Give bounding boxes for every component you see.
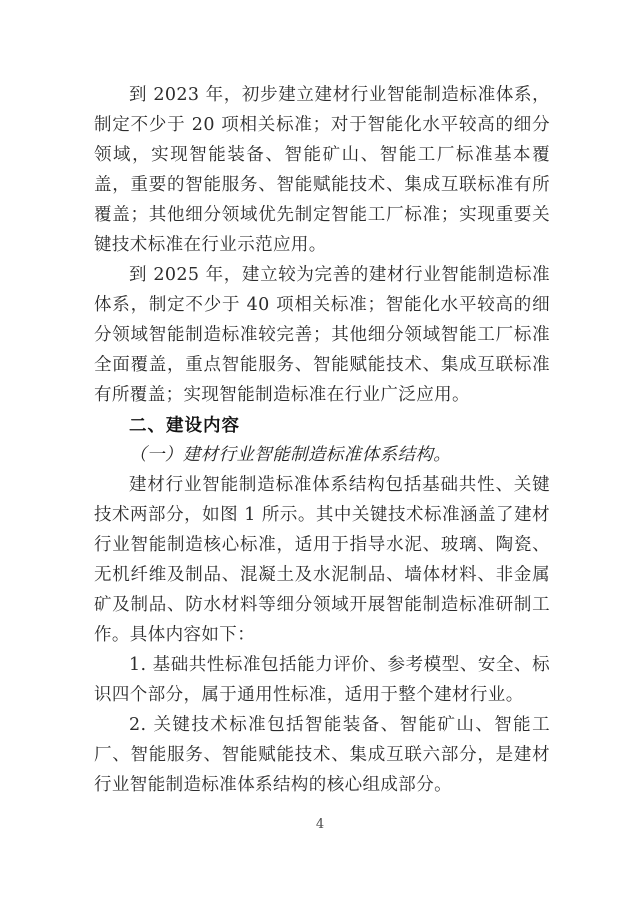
subsection-heading-standard-system-structure: （一）建材行业智能制造标准体系结构。 [94,440,550,470]
paragraph-standard-system-overview: 建材行业智能制造标准体系结构包括基础共性、关键技术两部分，如图 1 所示。其中关… [94,470,550,650]
paragraph-item-1-basic-common-standards: 1. 基础共性标准包括能力评价、参考模型、安全、标识四个部分，属于通用性标准，适… [94,650,550,710]
paragraph-2025-goals: 到 2025 年，建立较为完善的建材行业智能制造标准体系，制定不少于 40 项相… [94,260,550,410]
paragraph-item-2-key-technology-standards: 2. 关键技术标准包括智能装备、智能矿山、智能工厂、智能服务、智能赋能技术、集成… [94,710,550,800]
document-content: 到 2023 年，初步建立建材行业智能制造标准体系，制定不少于 20 项相关标准… [94,80,550,800]
paragraph-2023-goals: 到 2023 年，初步建立建材行业智能制造标准体系，制定不少于 20 项相关标准… [94,80,550,260]
section-heading-construction-content: 二、建设内容 [94,410,550,440]
document-page: 到 2023 年，初步建立建材行业智能制造标准体系，制定不少于 20 项相关标准… [0,0,640,904]
page-number: 4 [0,816,640,834]
